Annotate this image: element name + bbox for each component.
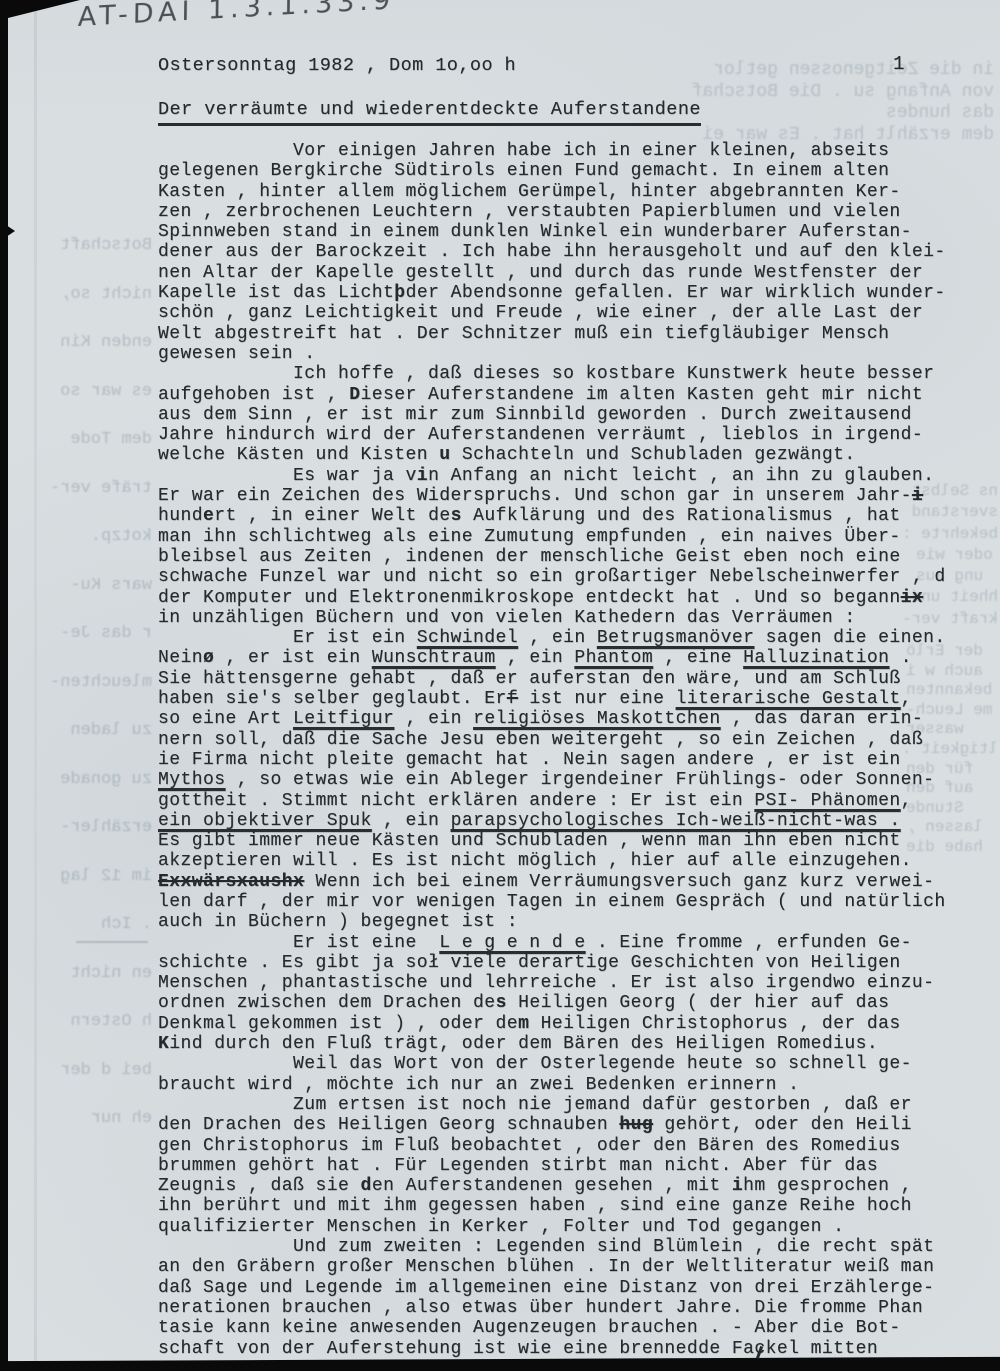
header-dateline: Ostersonntag 1982 , Dom 1o,oo h: [158, 55, 516, 76]
document-line: welche Kästen und Kisten u Schachteln un…: [158, 445, 998, 465]
document-line: ordnen zwischen dem Drachen des Heiligen…: [158, 993, 998, 1013]
document-line: aufgehoben ist , Dieser Auferstandene im…: [158, 385, 998, 405]
document-line: Kapelle ist das Lichtþder Abendsonne gef…: [158, 283, 998, 303]
document-line: ein objektiver Spuk , ein parapsychologi…: [158, 811, 998, 831]
document-line: nen Altar der Kapelle gestellt , und dur…: [158, 263, 998, 283]
document-line: len darf , der mir vor wenigen Tagen in …: [158, 892, 998, 912]
document-line: an den Gräbern großer Menschen blühen . …: [158, 1257, 998, 1277]
document-line: haben sie's selber geglaubt. Erf ist nur…: [158, 689, 998, 709]
document-line: gen Christophorus im Fluß beobachtet , o…: [158, 1136, 998, 1156]
document-line: so eine Art Leitfigur , ein religiöses M…: [158, 709, 998, 729]
document-line: Er war ein Zeichen des Widerspruchs. Und…: [158, 486, 998, 506]
document-line: Welt abgestreift hat . Der Schnitzer muß…: [158, 324, 998, 344]
document-line: auch in Büchern ) begegnet ist :: [158, 912, 998, 932]
document-line: braucht wird , möchte ich nur an zwei Be…: [158, 1075, 998, 1095]
scan-edge-top-corner: [0, 0, 80, 20]
document-line: gottheit . Stimmt nicht erklären andere …: [158, 791, 998, 811]
paper-crease-vertical: [34, 0, 37, 1371]
scanned-page: in die Zeitgenossen getlorvon Anfang su …: [0, 0, 1000, 1371]
document-line: der Komputer und Elektronenmikroskope en…: [158, 588, 998, 608]
document-line: Weil das Wort von der Osterlegende heute…: [158, 1054, 998, 1074]
document-line: Kasten , hinter allem möglichem Gerümpel…: [158, 182, 998, 202]
document-line: Vor einigen Jahren habe ich in einer kle…: [158, 141, 998, 161]
document-line: akzeptieren will . Es ist nicht möglich …: [158, 851, 998, 871]
document-line: aus dem Sinn , er ist mir zum Sinnbild g…: [158, 405, 998, 425]
document-line: Ich hoffe , daß dieses so kostbare Kunst…: [158, 364, 998, 384]
document-line: Es gibt immer neue Kästen und Schubladen…: [158, 831, 998, 851]
document-line: nerationen brauchen , also etwas über hu…: [158, 1298, 998, 1318]
document-line: den Drachen des Heiligen Georg schnauben…: [158, 1115, 998, 1135]
document-line: Jahre hindurch wird der Auferstandenen v…: [158, 425, 998, 445]
document-line: tasie kann keine anwesenden Augenzeugen …: [158, 1318, 998, 1338]
page-number: 1: [893, 53, 905, 75]
scan-edge-bottom: [0, 1357, 1000, 1371]
document-line: ie Firma nicht pleite gemacht hat . Nein…: [158, 750, 998, 770]
document-line: gewesen sein .: [158, 344, 998, 364]
document-line: schaft von der Auferstehung ist wie eine…: [158, 1339, 998, 1359]
document-line: Neinø , er ist ein Wunschtraum , ein Pha…: [158, 648, 998, 668]
document-line: Denkmal gekommen ist ) , oder dem Heilig…: [158, 1014, 998, 1034]
document-line: schön , ganz Leichtigkeit und Freude , w…: [158, 303, 998, 323]
document-line: Es war ja vin Anfang an nicht leicht , a…: [158, 466, 998, 486]
document-line: Menschen , phantastische und lehrreiche …: [158, 973, 998, 993]
scan-edge-left: [0, 0, 8, 1371]
document-title: Der verräumte und wiederentdeckte Aufers…: [158, 99, 701, 126]
document-line: man ihn schlichtweg als eine Zumutung em…: [158, 527, 998, 547]
document-line: in unzähligen Büchern und von vielen Kat…: [158, 608, 998, 628]
document-line: Und zum zweiten : Legenden sind Blümlein…: [158, 1237, 998, 1257]
document-line: hundert , in einer Welt des Aufklärung u…: [158, 506, 998, 526]
document-line: Spinnweben stand in einem dunklen Winkel…: [158, 222, 998, 242]
document-line: ihn berührt und mit ihm gegessen haben ,…: [158, 1196, 998, 1216]
document-line: dener aus der Barockzeit . Ich habe ihn …: [158, 242, 998, 262]
document-line: schwache Funzel war und nicht so ein gro…: [158, 567, 998, 587]
document-line: Exxwärsxaushx Wenn ich bei einem Verräum…: [158, 872, 998, 892]
document-line: gelegenen Bergkirche Südtirols einen Fun…: [158, 161, 998, 181]
document-line: brummen gehört hat . Für Legenden stirbt…: [158, 1156, 998, 1176]
document-line: daß Sage und Legende im allgemeinen eine…: [158, 1278, 998, 1298]
document-line: Zum ertsen ist noch nie jemand dafür ges…: [158, 1095, 998, 1115]
document-line: zen , zerbrochenen Leuchtern , verstaubt…: [158, 202, 998, 222]
document-line: Sie hättensgerne gehabt , daß er auferst…: [158, 669, 998, 689]
handwritten-annotation: AT-DAI 1.3.1.33.9: [78, 0, 396, 33]
document-line: Er ist ein Schwindel , ein Betrugsmanöve…: [158, 628, 998, 648]
document-line: schichte . Es gibt ja soł viele derartig…: [158, 953, 998, 973]
document-line: Kind durch den Fluß trägt, oder dem Bäre…: [158, 1034, 998, 1054]
document-line: Er ist eine L e g e n d e . Eine fromme …: [158, 933, 998, 953]
document-line: nern soll, daß die Sache Jesu eben weite…: [158, 730, 998, 750]
document-line: Mythos , so etwas wie ein Ableger irgend…: [158, 770, 998, 790]
document-line: qualifizierter Menschen in Kerker , Folt…: [158, 1217, 998, 1237]
paper-crease-horizontal: [76, 941, 148, 943]
bleedthrough-left-margin: Botschaftnicht so,enden Kines war sodem …: [10, 222, 152, 1144]
document-line: bleibsel aus Zeiten , indenen der mensch…: [158, 547, 998, 567]
document-line: Zeugnis , daß sie den Auferstandenen ges…: [158, 1176, 998, 1196]
document-body: Vor einigen Jahren habe ich in einer kle…: [158, 141, 998, 1359]
document-header: Ostersonntag 1982 , Dom 1o,oo h 1: [158, 55, 958, 76]
